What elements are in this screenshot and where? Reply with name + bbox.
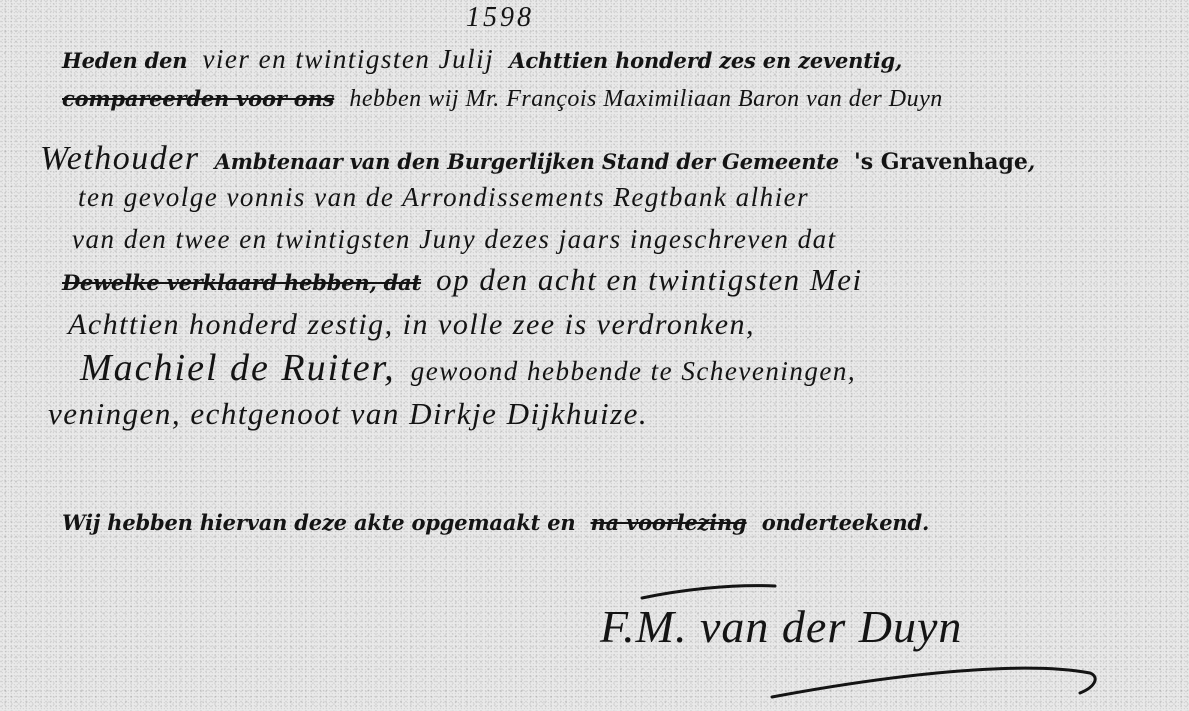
handwritten-officer-name: hebben wij Mr. François Maximiliaan Baro…	[349, 86, 942, 112]
line-2: compareerden voor ons hebben wij Mr. Fra…	[62, 86, 943, 113]
signature-top-stroke-icon	[640, 582, 780, 602]
line-4: ten gevolge vonnis van de Arrondissement…	[78, 182, 809, 213]
signature-flourish-icon	[770, 655, 1100, 705]
printed-text: Wij hebben hiervan deze akte opgemaakt e…	[62, 510, 575, 535]
handwritten-text: van den twee en twintigsten Juny dezes j…	[72, 224, 837, 254]
signature: F.M. van der Duyn	[600, 600, 962, 653]
line-3: Wethouder Ambtenaar van den Burgerlijken…	[40, 140, 1035, 178]
handwritten-date: vier en twintigsten Julij	[202, 44, 494, 74]
struck-printed-text: compareerden voor ons	[62, 86, 334, 111]
printed-comma: ,	[1028, 149, 1035, 174]
printed-text: Heden den	[62, 48, 187, 73]
handwritten-text: ten gevolge vonnis van de Arrondissement…	[78, 182, 809, 212]
handwritten-text: gewoond hebbende te Scheveningen,	[411, 356, 856, 386]
struck-printed-text: na voorlezing	[591, 510, 747, 535]
printed-text: Ambtenaar van den Burgerlijken Stand der…	[215, 149, 839, 174]
line-5: van den twee en twintigsten Juny dezes j…	[72, 224, 837, 255]
line-1: Heden den vier en twintigsten Julij Acht…	[62, 44, 902, 75]
municipality-name: 's Gravenhage	[854, 149, 1028, 175]
printed-text: onderteekend.	[762, 510, 929, 535]
page-number: 1598	[466, 2, 534, 34]
line-9: veningen, echtgenoot van Dirkje Dijkhuiz…	[48, 396, 648, 432]
handwritten-text: Achttien honderd zestig, in volle zee is…	[68, 308, 755, 341]
struck-printed-text: Dewelke verklaard hebben, dat	[62, 270, 421, 295]
handwritten-title: Wethouder	[40, 140, 200, 177]
handwritten-spouse: veningen, echtgenoot van Dirkje Dijkhuiz…	[48, 396, 648, 431]
civil-record-document: 1598 Heden den vier en twintigsten Julij…	[0, 0, 1189, 711]
line-7: Achttien honderd zestig, in volle zee is…	[68, 308, 755, 342]
handwritten-deceased-name: Machiel de Ruiter,	[80, 347, 396, 389]
line-8: Machiel de Ruiter, gewoond hebbende te S…	[80, 346, 856, 390]
closing-line: Wij hebben hiervan deze akte opgemaakt e…	[62, 510, 929, 535]
line-6: Dewelke verklaard hebben, dat op den ach…	[62, 262, 863, 298]
printed-text: Achttien honderd zes en zeventig,	[509, 48, 902, 73]
handwritten-date: op den acht en twintigsten Mei	[436, 262, 862, 297]
